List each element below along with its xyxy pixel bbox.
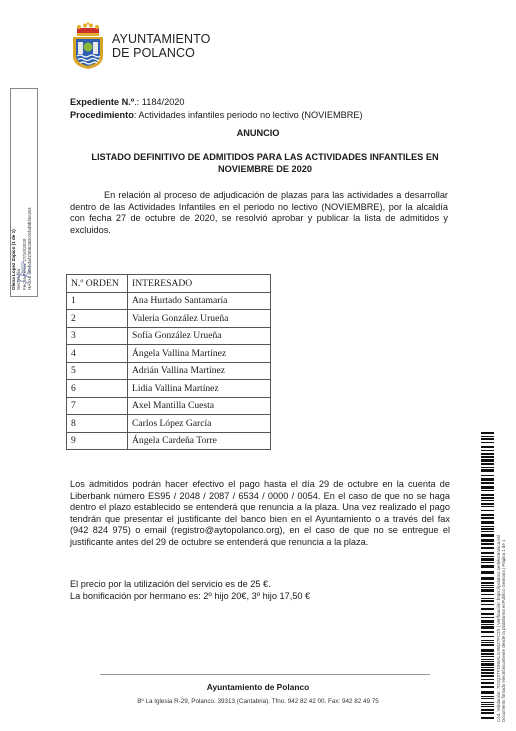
orden-cell: 2 — [67, 310, 128, 328]
interesado-cell: Adrián Vallina Martínez — [128, 362, 271, 380]
org-name-line1: AYUNTAMIENTO — [112, 32, 210, 46]
interesado-cell: Ángela Vallina Martínez — [128, 345, 271, 363]
footer-address: Bº La Iglesia R-29, Polanco. 39313 (Cant… — [0, 698, 516, 705]
table-row: 2Valeria González Urueña — [67, 310, 271, 328]
table-row: 9Ángela Cardeña Torre — [67, 432, 271, 450]
orden-cell: 1 — [67, 292, 128, 310]
table-header-row: N.º ORDEN INTERESADO — [67, 275, 271, 293]
admitted-list-table: N.º ORDEN INTERESADO 1Ana Hurtado Santam… — [66, 274, 271, 450]
table-row: 1Ana Hurtado Santamaría — [67, 292, 271, 310]
orden-cell: 5 — [67, 362, 128, 380]
expediente-value: .: 1184/2020 — [134, 97, 184, 107]
interesado-cell: Axel Mantilla Cuesta — [128, 397, 271, 415]
orden-cell: 6 — [67, 380, 128, 398]
table-row: 5Adrián Vallina Martínez — [67, 362, 271, 380]
interesado-cell: Carlos López García — [128, 415, 271, 433]
table-row: 7Axel Mantilla Cuesta — [67, 397, 271, 415]
verification-platform-line: Documento firmado electrónicamente desde… — [501, 535, 506, 722]
anuncio-heading: ANUNCIO — [0, 128, 516, 138]
document-header: AYUNTAMIENTO DE POLANCO — [70, 22, 210, 70]
document-meta: Expediente N.º.: 1184/2020 Procedimiento… — [70, 96, 363, 122]
table-row: 3Sofía González Urueña — [67, 327, 271, 345]
orden-cell: 9 — [67, 432, 128, 450]
interesado-cell: Ángela Cardeña Torre — [128, 432, 271, 450]
payment-paragraph: Los admitidos podrán hacer efectivo el p… — [70, 479, 450, 548]
sibling-discount-line: La bonificación por hermano es: 2º hijo … — [70, 591, 310, 603]
orden-cell: 8 — [67, 415, 128, 433]
orden-cell: 4 — [67, 345, 128, 363]
orden-cell: 7 — [67, 397, 128, 415]
header-interesado: INTERESADO — [128, 275, 271, 293]
procedimiento-label: Procedimiento — [70, 110, 134, 120]
expediente-label: Expediente N.º — [70, 97, 134, 107]
verification-text: Cód. Validación: 7D2QXTFDN9ALGAWZ7FC2X |… — [496, 535, 506, 722]
coat-of-arms-icon — [70, 22, 106, 70]
table-row: 4Ángela Vallina Martínez — [67, 345, 271, 363]
table-row: 8Carlos López García — [67, 415, 271, 433]
interesado-cell: Valeria González Urueña — [128, 310, 271, 328]
procedimiento-line: Procedimiento: Actividades infantiles pe… — [70, 109, 363, 122]
interesado-cell: Sofía González Urueña — [128, 327, 271, 345]
price-line: El precio por la utilización del servici… — [70, 579, 310, 591]
verification-barcode — [481, 432, 494, 720]
document-title: LISTADO DEFINITIVO DE ADMITIDOS PARA LAS… — [70, 152, 460, 175]
intro-paragraph-text: En relación al proceso de adjudicación d… — [70, 190, 448, 235]
org-name-line2: DE POLANCO — [112, 46, 210, 60]
header-orden: N.º ORDEN — [67, 275, 128, 293]
footer-title: Ayuntamiento de Polanco — [0, 682, 516, 692]
expediente-line: Expediente N.º.: 1184/2020 — [70, 96, 363, 109]
interesado-cell: Ana Hurtado Santamaría — [128, 292, 271, 310]
orden-cell: 3 — [67, 327, 128, 345]
intro-paragraph: En relación al proceso de adjudicación d… — [70, 190, 448, 237]
organization-name: AYUNTAMIENTO DE POLANCO — [112, 32, 210, 60]
procedimiento-value: : Actividades infantiles periodo no lect… — [134, 110, 363, 120]
table-row: 6Lidia Vallina Martínez — [67, 380, 271, 398]
interesado-cell: Lidia Vallina Martínez — [128, 380, 271, 398]
footer-divider — [100, 674, 430, 675]
handwritten-signature-icon — [14, 250, 32, 286]
price-info: El precio por la utilización del servici… — [70, 579, 310, 602]
